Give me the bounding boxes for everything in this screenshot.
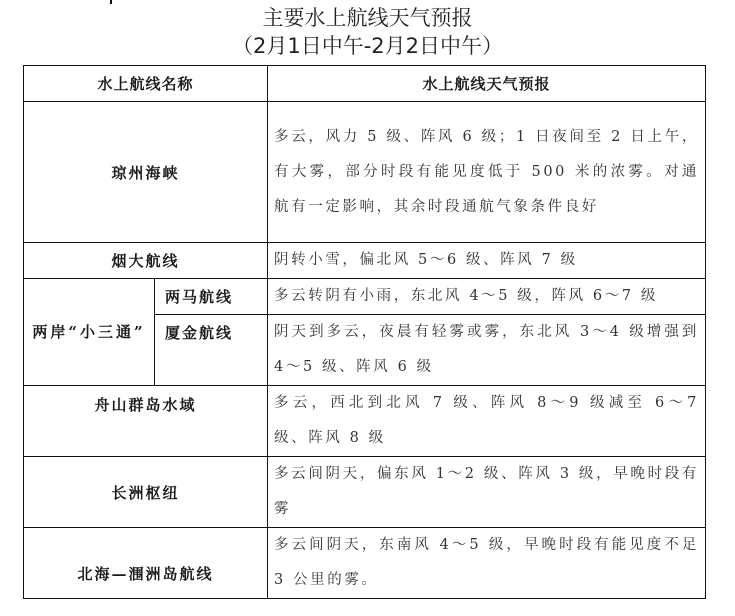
forecast-table: 水上航线名称 水上航线天气预报 琼州海峡 多云，风力 5 级、阵风 6 级；1 …	[23, 65, 706, 599]
route-forecast: 多云，风力 5 级、阵风 6 级；1 日夜间至 2 日上午，有大雾，部分时段有能…	[268, 102, 706, 243]
document-title: 主要水上航线天气预报	[0, 4, 735, 32]
route-forecast: 多云间阴天，偏东风 1～2 级、阵风 3 级，早晚时段有雾	[268, 457, 706, 528]
route-name: 长洲枢纽	[24, 457, 268, 528]
route-forecast: 多云间阴天，东南风 4～5 级，早晚时段有能见度不足 3 公里的雾。	[268, 528, 706, 599]
route-name: 烟大航线	[24, 243, 268, 279]
route-forecast: 阴天到多云，夜晨有轻雾或雾，东北风 3～4 级增强到 4～5 级、阵风 6 级	[268, 315, 706, 386]
route-group-name: 两岸“小三通”	[24, 279, 155, 386]
route-forecast: 多云转阴有小雨，东北风 4～5 级，阵风 6～7 级	[268, 279, 706, 315]
route-name: 北海—涠洲岛航线	[24, 528, 268, 599]
header-route-name: 水上航线名称	[24, 66, 268, 102]
table-row: 北海—涠洲岛航线 多云间阴天，东南风 4～5 级，早晚时段有能见度不足 3 公里…	[24, 528, 706, 599]
route-forecast: 阴转小雪，偏北风 5～6 级、阵风 7 级	[268, 243, 706, 279]
table-row: 舟山群岛水域 多云，西北到北风 7 级、阵风 8～9 级减至 6～7 级、阵风 …	[24, 386, 706, 457]
table-header-row: 水上航线名称 水上航线天气预报	[24, 66, 706, 102]
document-subtitle: （2月1日中午-2月2日中午）	[0, 32, 735, 60]
table-row: 琼州海峡 多云，风力 5 级、阵风 6 级；1 日夜间至 2 日上午，有大雾，部…	[24, 102, 706, 243]
route-name: 舟山群岛水域	[24, 386, 268, 457]
route-name: 厦金航线	[155, 315, 268, 386]
route-name: 琼州海峡	[24, 102, 268, 243]
table-row: 长洲枢纽 多云间阴天，偏东风 1～2 级、阵风 3 级，早晚时段有雾	[24, 457, 706, 528]
table-row: 烟大航线 阴转小雪，偏北风 5～6 级、阵风 7 级	[24, 243, 706, 279]
table-row: 两岸“小三通” 两马航线 多云转阴有小雨，东北风 4～5 级，阵风 6～7 级	[24, 279, 706, 315]
header-forecast: 水上航线天气预报	[268, 66, 706, 102]
route-forecast: 多云，西北到北风 7 级、阵风 8～9 级减至 6～7 级、阵风 8 级	[268, 386, 706, 457]
route-name: 两马航线	[155, 279, 268, 315]
